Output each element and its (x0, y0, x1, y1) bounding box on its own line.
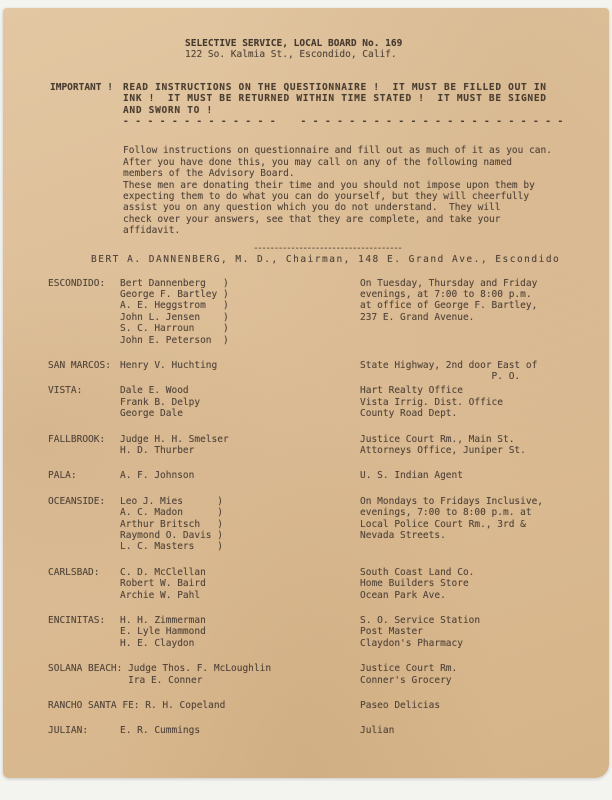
advisory-board-list: ESCONDIDO: Bert Dannenberg )George F. Ba… (48, 278, 581, 737)
important-text: READ INSTRUCTIONS ON THE QUESTIONNAIRE !… (123, 82, 564, 128)
board-title: SELECTIVE SERVICE, LOCAL BOARD No. 169 (185, 38, 581, 49)
meeting-info-line: U. S. Indian Agent (360, 470, 463, 481)
advisory-board-section: OCEANSIDE: Leo J. Mies )A. C. Madon )Art… (48, 496, 581, 553)
instructions-line: affidavit. (123, 225, 581, 236)
city-label: SOLANA BEACH: (48, 663, 128, 686)
city-label: FALLBROOK: (48, 434, 120, 457)
member-name: Leo J. Mies ) (120, 496, 223, 507)
meeting-info: On Mondays to Fridays Inclusive,evenings… (360, 496, 543, 542)
member-names: C. D. McClellanRobert W. BairdArchie W. … (120, 567, 206, 601)
member-name: H. D. Thurber (120, 445, 229, 456)
member-name: Henry V. Huchting (120, 360, 217, 371)
meeting-info-line: Vista Irrig. Dist. Office (360, 397, 503, 408)
member-names: Leo J. Mies )A. C. Madon )Arthur Britsch… (120, 496, 223, 553)
letterhead: SELECTIVE SERVICE, LOCAL BOARD No. 169 1… (185, 38, 581, 61)
advisory-board-section: JULIAN: E. R. Cummings Julian (48, 725, 581, 736)
meeting-info-line: P. O. (360, 371, 537, 382)
advisory-board-section: FALLBROOK: Judge H. H. SmelserH. D. Thur… (48, 434, 581, 457)
meeting-info-line: Julian (360, 725, 394, 736)
meeting-info-line: Justice Court Rm., Main St. (360, 434, 526, 445)
advisory-board-section: SAN MARCOS: Henry V. Huchting State High… (48, 360, 581, 371)
instructions-line: assist you on any question which you do … (123, 202, 581, 213)
meeting-info-line: Claydon's Pharmacy (360, 638, 480, 649)
member-name: Archie W. Pahl (120, 590, 206, 601)
separator-rule: ------------------------------------ (253, 243, 403, 254)
member-names: H. H. ZimmermanE. Lyle HammondH. E. Clay… (120, 615, 206, 649)
city-label: PALA: (48, 470, 120, 481)
member-name: Dale E. Wood (120, 385, 200, 396)
meeting-info: Justice Court Rm.Conner's Grocery (360, 663, 457, 686)
member-names: E. R. Cummings (120, 725, 200, 736)
city-label: OCEANSIDE: (48, 496, 120, 553)
member-name: R. H. Copeland (145, 700, 225, 711)
advisory-board-section: ESCONDIDO: Bert Dannenberg )George F. Ba… (48, 278, 581, 346)
member-name: Judge Thos. F. McLoughlin (128, 663, 271, 674)
city-label: VISTA: (48, 385, 120, 419)
member-names: Henry V. Huchting (120, 360, 217, 371)
meeting-info-line: Local Police Court Rm., 3rd & (360, 519, 543, 530)
important-line: READ INSTRUCTIONS ON THE QUESTIONNAIRE !… (123, 82, 564, 93)
meeting-info: Paseo Delicias (360, 700, 440, 711)
meeting-info-line: Home Builders Store (360, 578, 474, 589)
important-line: INK ! IT MUST BE RETURNED WITHIN TIME ST… (123, 93, 564, 104)
member-name: John E. Peterson ) (120, 335, 229, 346)
member-name: E. R. Cummings (120, 725, 200, 736)
member-names: R. H. Copeland (145, 700, 225, 711)
member-name: C. D. McClellan (120, 567, 206, 578)
meeting-info-line: Post Master (360, 626, 480, 637)
member-name: George Dale (120, 408, 200, 419)
member-names: Judge Thos. F. McLoughlinIra E. Conner (128, 663, 271, 686)
advisory-board-section: RANCHO SANTA FE: R. H. Copeland Paseo De… (48, 700, 581, 711)
important-label: IMPORTANT ! (50, 82, 123, 128)
member-name: Robert W. Baird (120, 578, 206, 589)
meeting-info-line: On Mondays to Fridays Inclusive, (360, 496, 543, 507)
meeting-info-line: Ocean Park Ave. (360, 590, 474, 601)
city-label: SAN MARCOS: (48, 360, 120, 371)
instructions-line: After you have done this, you may call o… (123, 157, 581, 168)
meeting-info: Justice Court Rm., Main St.Attorneys Off… (360, 434, 526, 457)
dashed-rule: - - - - - - - - - - - - - - - - - - - - … (123, 116, 564, 127)
meeting-info-line: Conner's Grocery (360, 675, 457, 686)
meeting-info-line: evenings, 7:00 to 8:00 p.m. at (360, 507, 543, 518)
member-name: Raymond O. Davis ) (120, 530, 223, 541)
member-name: Judge H. H. Smelser (120, 434, 229, 445)
document-page: SELECTIVE SERVICE, LOCAL BOARD No. 169 1… (3, 8, 609, 778)
member-name: A. F. Johnson (120, 470, 194, 481)
instructions-line: Follow instructions on questionnaire and… (123, 145, 581, 156)
advisory-board-section: SOLANA BEACH: Judge Thos. F. McLoughlinI… (48, 663, 581, 686)
city-label: RANCHO SANTA FE: (48, 700, 145, 711)
scan-background: SELECTIVE SERVICE, LOCAL BOARD No. 169 1… (0, 0, 612, 800)
meeting-info: Hart Realty OfficeVista Irrig. Dist. Off… (360, 385, 503, 419)
meeting-info: S. O. Service StationPost MasterClaydon'… (360, 615, 480, 649)
member-name: Arthur Britsch ) (120, 519, 223, 530)
member-names: Judge H. H. SmelserH. D. Thurber (120, 434, 229, 457)
meeting-info-line: 237 E. Grand Avenue. (360, 312, 537, 323)
chairman-line: BERT A. DANNENBERG, M. D., Chairman, 148… (91, 254, 581, 265)
meeting-info: On Tuesday, Thursday and Fridayevenings,… (360, 278, 537, 324)
meeting-info-line: Nevada Streets. (360, 530, 543, 541)
meeting-info: State Highway, 2nd door East of P. O. (360, 360, 537, 383)
meeting-info-line: State Highway, 2nd door East of (360, 360, 537, 371)
meeting-info-line: County Road Dept. (360, 408, 503, 419)
meeting-info-line: S. O. Service Station (360, 615, 480, 626)
board-address: 122 So. Kalmia St., Escondido, Calif. (185, 49, 581, 60)
city-label: JULIAN: (48, 725, 120, 736)
instructions-line: members of the Advisory Board. (123, 168, 581, 179)
meeting-info-line: Justice Court Rm. (360, 663, 457, 674)
meeting-info: Julian (360, 725, 394, 736)
meeting-info: U. S. Indian Agent (360, 470, 463, 481)
meeting-info-line: evenings, at 7:00 to 8:00 p.m. (360, 289, 537, 300)
instructions-line: These men are donating their time and yo… (123, 180, 581, 191)
member-names: A. F. Johnson (120, 470, 194, 481)
member-name: L. C. Masters ) (120, 541, 223, 552)
member-name: A. E. Heggstrom ) (120, 300, 229, 311)
meeting-info-line: Paseo Delicias (360, 700, 440, 711)
advisory-board-section: ENCINITAS: H. H. ZimmermanE. Lyle Hammon… (48, 615, 581, 649)
meeting-info-line: Hart Realty Office (360, 385, 503, 396)
city-label: ENCINITAS: (48, 615, 120, 649)
important-notice: IMPORTANT ! READ INSTRUCTIONS ON THE QUE… (48, 82, 581, 128)
member-name: John L. Jensen ) (120, 312, 229, 323)
meeting-info-line: South Coast Land Co. (360, 567, 474, 578)
meeting-info-line: at office of George F. Bartley, (360, 300, 537, 311)
meeting-info-line: On Tuesday, Thursday and Friday (360, 278, 537, 289)
meeting-info: South Coast Land Co.Home Builders StoreO… (360, 567, 474, 601)
member-name: Ira E. Conner (128, 675, 271, 686)
city-label: CARLSBAD: (48, 567, 120, 601)
member-name: A. C. Madon ) (120, 507, 223, 518)
important-line: AND SWORN TO ! (123, 105, 564, 116)
member-name: Bert Dannenberg ) (120, 278, 229, 289)
member-name: H. H. Zimmerman (120, 615, 206, 626)
member-name: George F. Bartley ) (120, 289, 229, 300)
advisory-board-section: VISTA: Dale E. WoodFrank B. DelpyGeorge … (48, 385, 581, 419)
member-names: Dale E. WoodFrank B. DelpyGeorge Dale (120, 385, 200, 419)
advisory-board-section: PALA: A. F. Johnson U. S. Indian Agent (48, 470, 581, 481)
meeting-info-line: Attorneys Office, Juniper St. (360, 445, 526, 456)
instructions-line: expecting them to do what you can do you… (123, 191, 581, 202)
instructions-paragraph: Follow instructions on questionnaire and… (123, 145, 581, 236)
city-label: ESCONDIDO: (48, 278, 120, 346)
member-name: Frank B. Delpy (120, 397, 200, 408)
member-name: S. C. Harroun ) (120, 323, 229, 334)
member-names: Bert Dannenberg )George F. Bartley )A. E… (120, 278, 229, 346)
member-name: E. Lyle Hammond (120, 626, 206, 637)
instructions-line: check over your answers, see that they a… (123, 214, 581, 225)
advisory-board-section: CARLSBAD: C. D. McClellanRobert W. Baird… (48, 567, 581, 601)
member-name: H. E. Claydon (120, 638, 206, 649)
